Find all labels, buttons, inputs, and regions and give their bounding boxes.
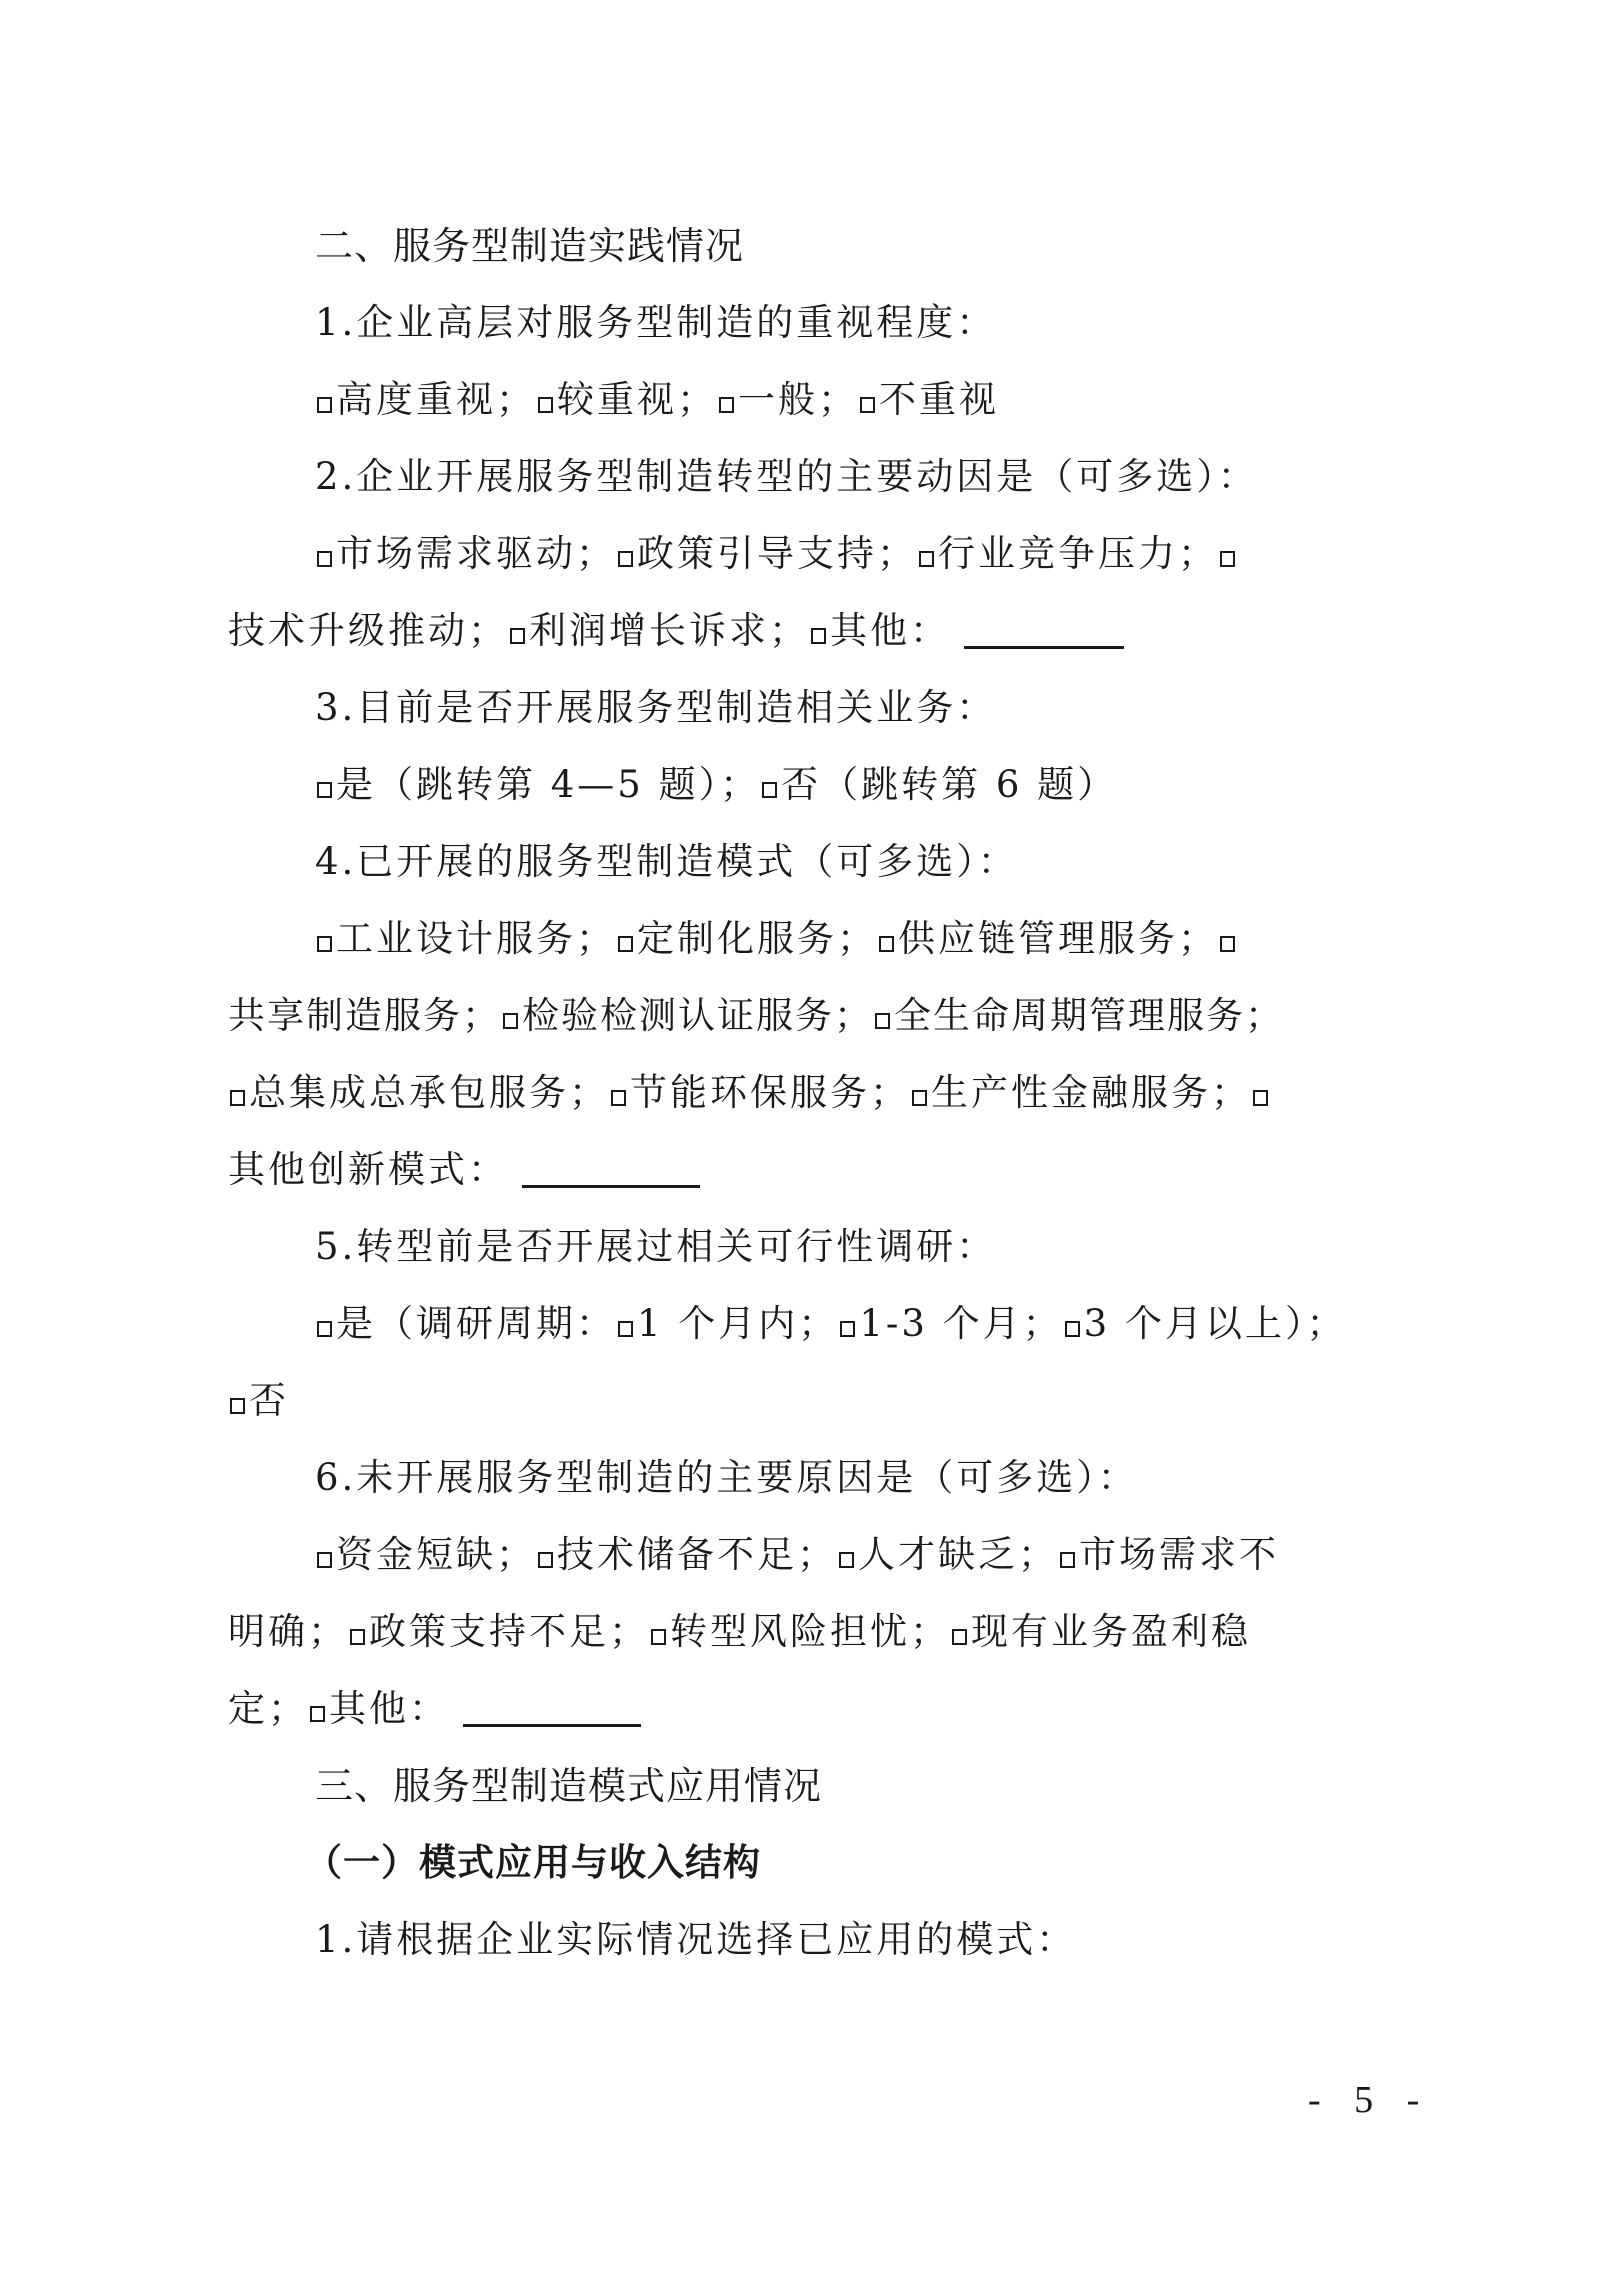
section-3-title: 三、服务型制造模式应用情况 <box>315 1762 1465 1810</box>
q6-option[interactable]: 转型风险担忧； <box>649 1610 950 1653</box>
checkbox-icon[interactable] <box>503 1013 518 1029</box>
checkbox-icon[interactable] <box>317 397 332 413</box>
q5-question: 5.转型前是否开展过相关可行性调研： <box>315 1223 1465 1271</box>
checkbox-icon[interactable] <box>230 1090 245 1106</box>
q6-other-blank-field[interactable] <box>463 1694 641 1727</box>
checkbox-icon[interactable] <box>230 1398 245 1414</box>
q4-option[interactable]: 供应链管理服务； <box>877 917 1218 960</box>
q6-options-line2: 明确；政策支持不足；转型风险担忧；现有业务盈利稳 <box>228 1608 1378 1656</box>
q5-option-yes[interactable]: 是（调研周期： <box>315 1302 616 1345</box>
q5-options: 是（调研周期：1 个月内；1-3 个月；3 个月以上）； <box>315 1300 1465 1348</box>
q2-option[interactable]: 市场需求驱动； <box>315 532 616 575</box>
q4-option[interactable]: 全生命周期管理服务； <box>873 994 1284 1037</box>
q1-option-high[interactable]: 高度重视； <box>315 378 536 421</box>
q5-period-option[interactable]: 3 个月以上）； <box>1063 1302 1347 1345</box>
checkbox-icon[interactable] <box>317 1552 332 1568</box>
checkbox-icon[interactable] <box>879 936 894 952</box>
checkbox-icon[interactable] <box>719 397 734 413</box>
q6-option[interactable]: 技术储备不足； <box>536 1533 837 1576</box>
checkbox-icon[interactable] <box>538 1552 553 1568</box>
section-3-q1: 1.请根据企业实际情况选择已应用的模式： <box>315 1916 1465 1964</box>
q2-options-line1: 市场需求驱动；政策引导支持；行业竞争压力； <box>315 530 1465 578</box>
checkbox-icon[interactable] <box>860 397 875 413</box>
page-number: - 5 - <box>1308 2078 1431 2122</box>
q2-option-other[interactable]: 其他： <box>809 609 950 652</box>
q2-option[interactable]: 政策引导支持； <box>616 532 917 575</box>
document-page: 二、服务型制造实践情况 1.企业高层对服务型制造的重视程度： 高度重视；较重视；… <box>0 0 1597 2275</box>
q2-option[interactable]: 行业竞争压力； <box>917 532 1218 575</box>
q6-option-other[interactable]: 其他： <box>308 1687 449 1730</box>
checkbox-icon[interactable] <box>875 1013 890 1029</box>
checkbox-icon[interactable] <box>1220 936 1235 952</box>
q5-option-no[interactable]: 否 <box>228 1379 289 1422</box>
q2-option[interactable]: 利润增长诉求； <box>508 609 809 652</box>
q3-option-no[interactable]: 否（跳转第 6 题） <box>760 763 1117 806</box>
q3-options: 是（跳转第 4—5 题）；否（跳转第 6 题） <box>315 761 1465 809</box>
q4-option[interactable]: 工业设计服务； <box>315 917 616 960</box>
q1-option-none[interactable]: 不重视 <box>858 378 999 421</box>
checkbox-icon[interactable] <box>317 936 332 952</box>
checkbox-icon[interactable] <box>1060 1552 1075 1568</box>
q3-option-yes[interactable]: 是（跳转第 4—5 题）； <box>315 763 760 806</box>
q4-other-blank-field[interactable] <box>522 1155 700 1188</box>
q1-question: 1.企业高层对服务型制造的重视程度： <box>315 299 1465 347</box>
q4-options-line4: 其他创新模式： <box>228 1146 1378 1194</box>
checkbox-icon[interactable] <box>317 1321 332 1337</box>
q4-option[interactable]: 总集成总承包服务； <box>228 1071 609 1114</box>
q6-option[interactable]: 人才缺乏； <box>837 1533 1058 1576</box>
checkbox-icon[interactable] <box>310 1706 325 1722</box>
checkbox-icon[interactable] <box>317 551 332 567</box>
checkbox-icon[interactable] <box>912 1090 927 1106</box>
q1-options: 高度重视；较重视；一般；不重视 <box>315 376 1465 424</box>
q4-options-line1: 工业设计服务；定制化服务；供应链管理服务； <box>315 915 1465 963</box>
checkbox-icon[interactable] <box>350 1629 365 1645</box>
q4-option[interactable]: 节能环保服务； <box>609 1071 910 1114</box>
checkbox-icon[interactable] <box>618 551 633 567</box>
q3-question: 3.目前是否开展服务型制造相关业务： <box>315 684 1465 732</box>
checkbox-icon[interactable] <box>1065 1321 1080 1337</box>
checkbox-icon[interactable] <box>919 551 934 567</box>
q6-options-line3: 定；其他： <box>228 1685 1378 1733</box>
q2-other-blank-field[interactable] <box>964 616 1124 649</box>
q6-option[interactable]: 资金短缺； <box>315 1533 536 1576</box>
checkbox-icon[interactable] <box>317 782 332 798</box>
q1-option-normal[interactable]: 一般； <box>717 378 858 421</box>
q4-options-line2: 共享制造服务；检验检测认证服务；全生命周期管理服务； <box>228 992 1378 1040</box>
section-2-title: 二、服务型制造实践情况 <box>315 222 1465 270</box>
q6-option[interactable]: 现有业务盈利稳 <box>950 1610 1251 1653</box>
q5-option-no-line: 否 <box>228 1377 1378 1425</box>
checkbox-icon[interactable] <box>1253 1090 1268 1106</box>
checkbox-icon[interactable] <box>538 397 553 413</box>
checkbox-icon[interactable] <box>811 628 826 644</box>
q1-option-medium[interactable]: 较重视； <box>536 378 717 421</box>
checkbox-icon[interactable] <box>840 1321 855 1337</box>
checkbox-icon[interactable] <box>618 936 633 952</box>
checkbox-icon[interactable] <box>651 1629 666 1645</box>
q6-question: 6.未开展服务型制造的主要原因是（可多选）： <box>315 1454 1465 1502</box>
q6-options-line1: 资金短缺；技术储备不足；人才缺乏；市场需求不 <box>315 1531 1465 1579</box>
q2-question: 2.企业开展服务型制造转型的主要动因是（可多选）： <box>315 453 1465 501</box>
checkbox-icon[interactable] <box>618 1321 633 1337</box>
q4-option[interactable]: 检验检测认证服务； <box>501 994 873 1037</box>
q6-option[interactable]: 政策支持不足； <box>348 1610 649 1653</box>
checkbox-icon[interactable] <box>611 1090 626 1106</box>
section-3-subtitle: （一）模式应用与收入结构 <box>305 1839 1455 1887</box>
q4-option[interactable]: 生产性金融服务； <box>910 1071 1251 1114</box>
q2-options-line2: 技术升级推动；利润增长诉求；其他： <box>228 607 1378 655</box>
q4-question: 4.已开展的服务型制造模式（可多选）： <box>315 838 1465 886</box>
q4-options-line3: 总集成总承包服务；节能环保服务；生产性金融服务； <box>228 1069 1378 1117</box>
q5-period-option[interactable]: 1 个月内； <box>616 1302 838 1345</box>
checkbox-icon[interactable] <box>762 782 777 798</box>
checkbox-icon[interactable] <box>510 628 525 644</box>
checkbox-icon[interactable] <box>952 1629 967 1645</box>
q6-option[interactable]: 市场需求不 <box>1058 1533 1279 1576</box>
q5-period-option[interactable]: 1-3 个月； <box>838 1302 1062 1345</box>
checkbox-icon[interactable] <box>839 1552 854 1568</box>
q4-option[interactable]: 定制化服务； <box>616 917 877 960</box>
checkbox-icon[interactable] <box>1220 551 1235 567</box>
